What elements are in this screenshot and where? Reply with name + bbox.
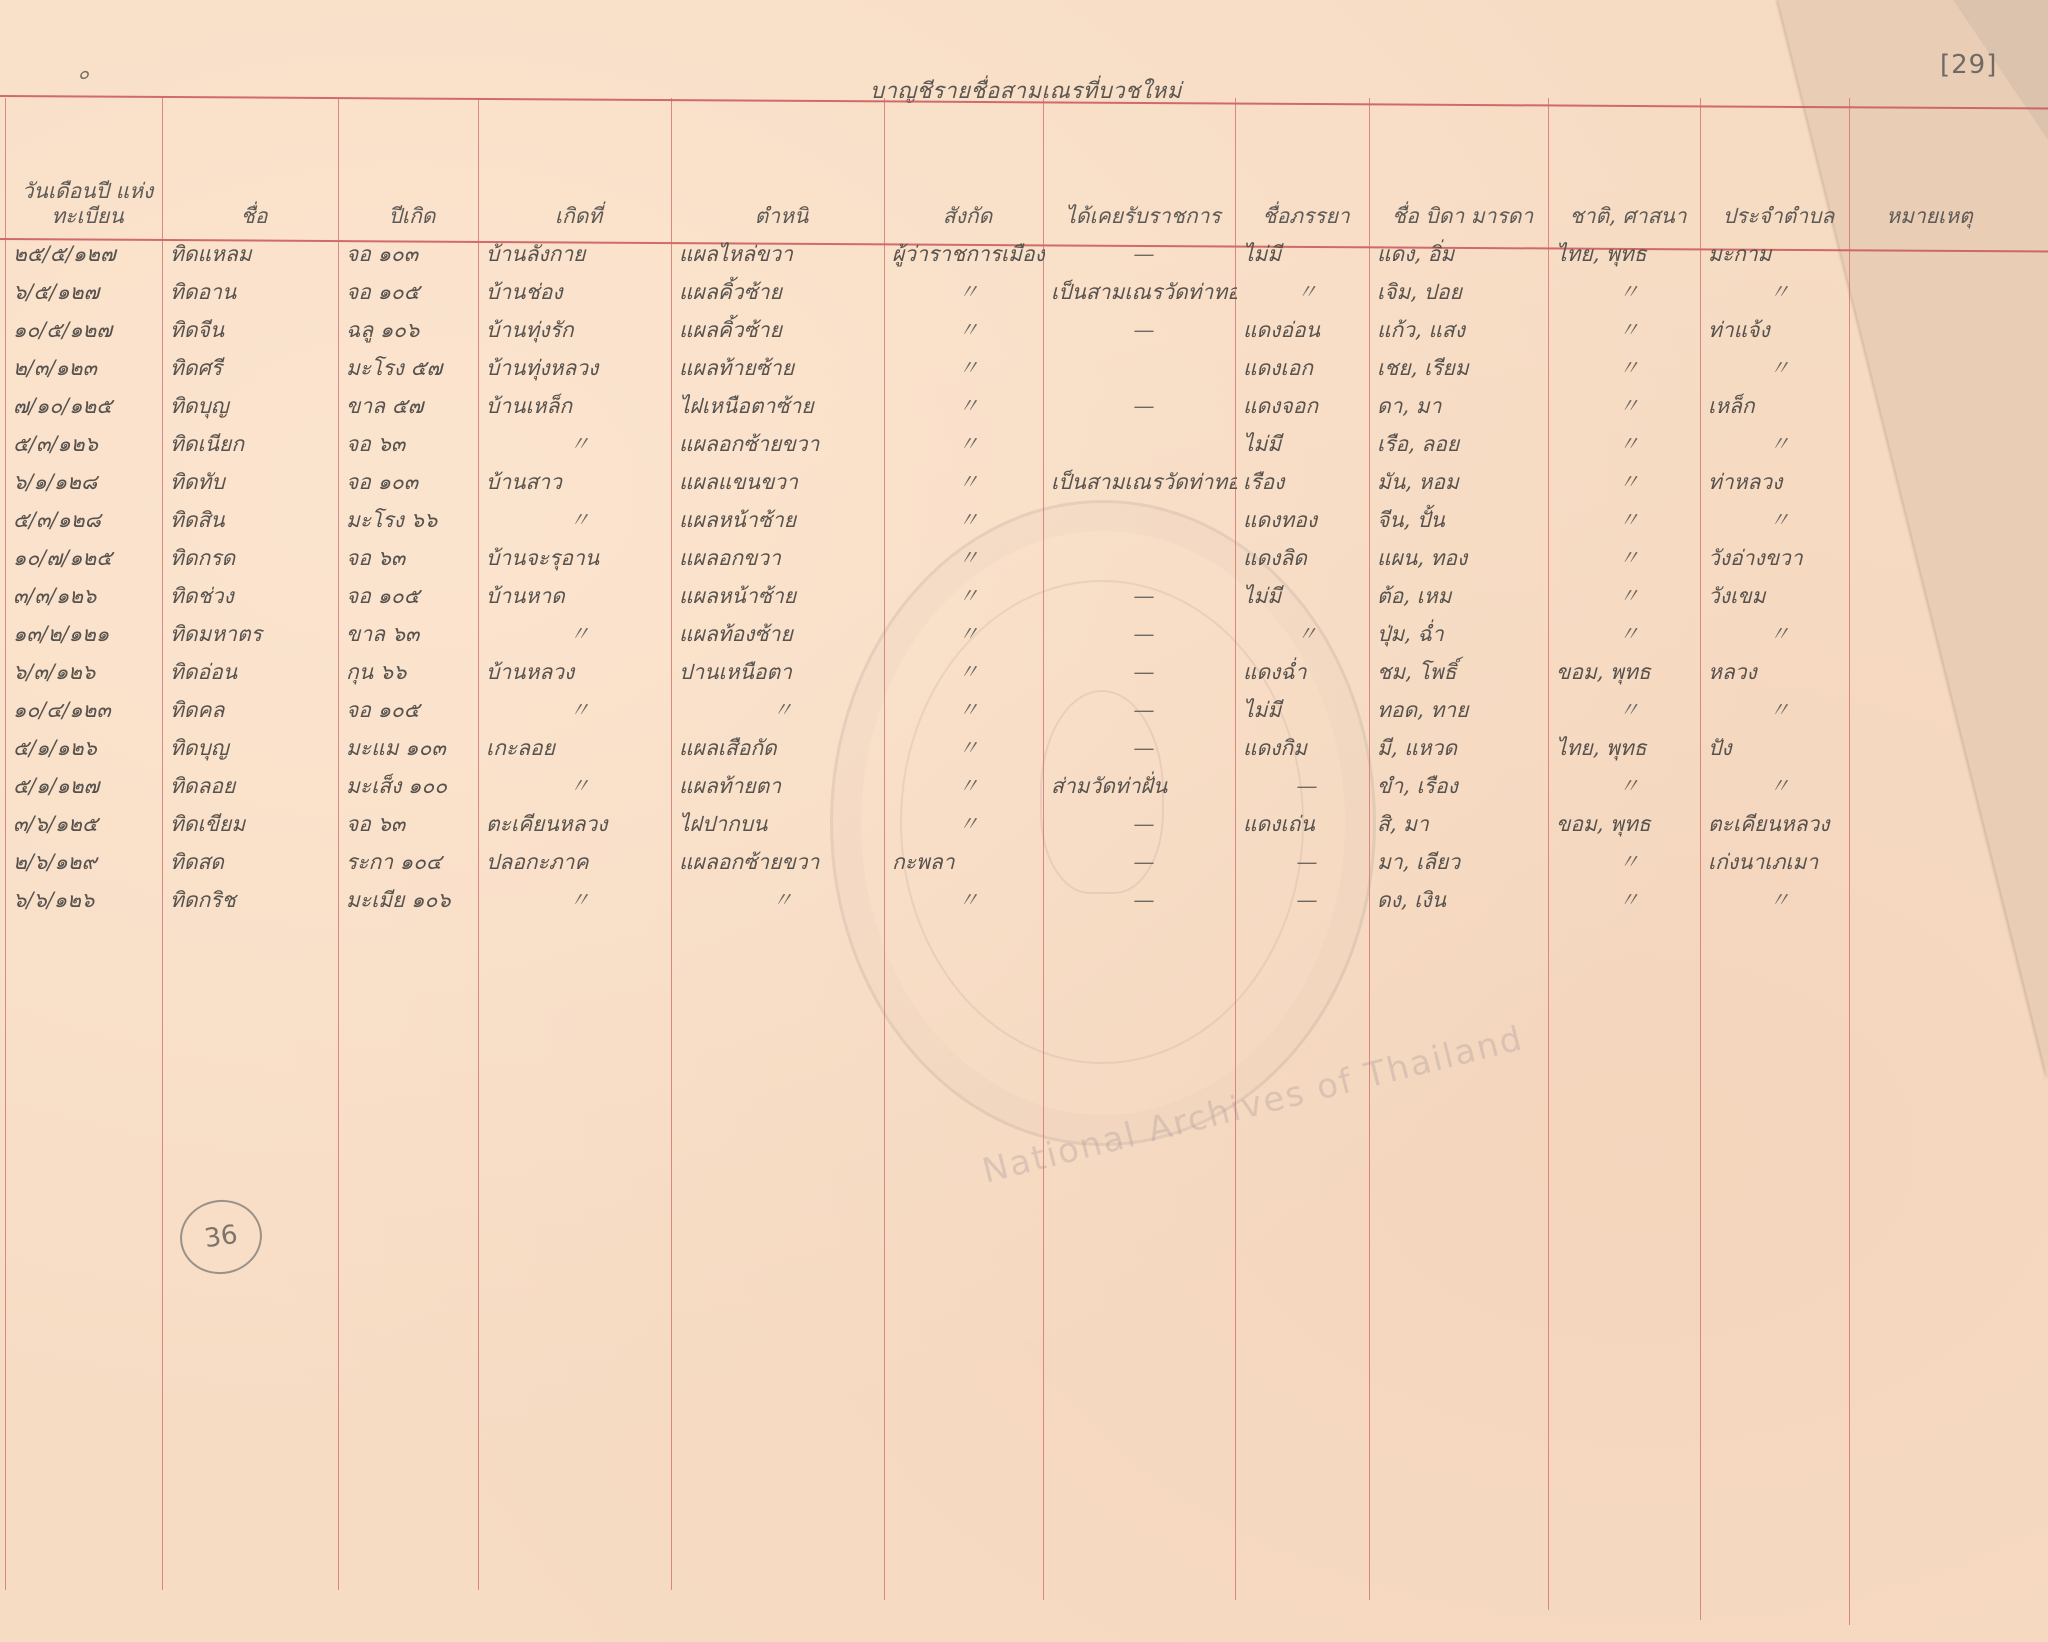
- column-header-birth-year: ปีเกิด: [346, 110, 478, 235]
- cell-district: วังเขม: [1702, 578, 1851, 614]
- cell-marks: แผลท้ายซ้าย: [673, 350, 886, 386]
- cell-affiliation: 〃: [886, 502, 1045, 538]
- cell-date: ๕/๑/๑๒๗: [7, 768, 164, 804]
- cell-service: —: [1045, 692, 1237, 728]
- table-row: ๒/๓/๑๒๓ทิดศรีมะโรง ๕๗บ้านทุ่งหลวงแผลท้าย…: [0, 350, 1860, 386]
- cell-remarks: [1851, 236, 2004, 272]
- cell-affiliation: 〃: [886, 768, 1045, 804]
- cell-service: —: [1045, 616, 1237, 652]
- cell-marks: แผลคิ้วซ้าย: [673, 274, 886, 310]
- cell-service: [1045, 540, 1237, 576]
- cell-parents: จีน, ปั้น: [1371, 502, 1550, 538]
- cell-birthplace: 〃: [480, 768, 673, 804]
- cell-name: ทิดศรี: [164, 350, 340, 386]
- cell-marks: ไฝปากบน: [673, 806, 886, 842]
- cell-parents: มี, แหวด: [1371, 730, 1550, 766]
- cell-affiliation: 〃: [886, 312, 1045, 348]
- cell-date: ๖/๖/๑๒๖: [7, 882, 164, 918]
- cell-birth-year: จอ ๖๓: [340, 806, 480, 842]
- cell-date: ๕/๓/๑๒๘: [7, 502, 164, 538]
- cell-nationality: 〃: [1550, 274, 1702, 310]
- cell-service: เป็นสามเณรวัดท่าทอง: [1045, 464, 1237, 500]
- cell-marks: ไฝเหนือตาซ้าย: [673, 388, 886, 424]
- cell-service: เป็นสามเณรวัดท่าทอง: [1045, 274, 1237, 310]
- table-row: ๓/๓/๑๒๖ทิดช่วงจอ ๑๐๕บ้านหาดแผลหน้าซ้าย〃—…: [0, 578, 1860, 614]
- cell-date: ๒/๓/๑๒๓: [7, 350, 164, 386]
- cell-service: —: [1045, 312, 1237, 348]
- cell-district: 〃: [1702, 502, 1851, 538]
- cell-nationality: ขอม, พุทธ: [1550, 806, 1702, 842]
- cell-birthplace: บ้านทุ่งรัก: [480, 312, 673, 348]
- page-reference: [29]: [1940, 50, 1997, 80]
- cell-marks: ปานเหนือตา: [673, 654, 886, 690]
- table-row: ๖/๖/๑๒๖ทิดกริชมะเมีย ๑๐๖〃〃〃——ดง, เงิน〃〃: [0, 882, 1860, 918]
- cell-district: 〃: [1702, 616, 1851, 652]
- cell-date: ๖/๓/๑๒๖: [7, 654, 164, 690]
- cell-service: ส่ามวัดท่าฝั่น: [1045, 768, 1237, 804]
- table-row: ๕/๓/๑๒๘ทิดสินมะโรง ๖๖〃แผลหน้าซ้าย〃แดงทอง…: [0, 502, 1860, 538]
- cell-wife: —: [1237, 882, 1371, 918]
- cell-remarks: [1851, 464, 2004, 500]
- column-header-marks: ตำหนิ: [679, 110, 884, 235]
- cell-remarks: [1851, 730, 2004, 766]
- cell-birthplace: 〃: [480, 616, 673, 652]
- table-row: ๕/๓/๑๒๖ทิดเนียกจอ ๖๓〃แผลอกซ้ายขวา〃ไม่มีเ…: [0, 426, 1860, 462]
- cell-birth-year: มะเส็ง ๑๐๐: [340, 768, 480, 804]
- cell-nationality: 〃: [1550, 388, 1702, 424]
- cell-wife: แดงลิด: [1237, 540, 1371, 576]
- cell-service: —: [1045, 806, 1237, 842]
- cell-remarks: [1851, 426, 2004, 462]
- cell-wife: ไม่มี: [1237, 426, 1371, 462]
- cell-affiliation: 〃: [886, 882, 1045, 918]
- cell-affiliation: 〃: [886, 730, 1045, 766]
- cell-parents: มา, เลียว: [1371, 844, 1550, 880]
- table-row: ๑๐/๔/๑๒๓ทิดคลจอ ๑๐๕〃〃〃—ไม่มีทอด, ทาย〃〃: [0, 692, 1860, 728]
- cell-wife: 〃: [1237, 274, 1371, 310]
- cell-birth-year: ขาล ๕๗: [340, 388, 480, 424]
- cell-affiliation: 〃: [886, 426, 1045, 462]
- cell-affiliation: 〃: [886, 654, 1045, 690]
- cell-parents: ขำ, เรือง: [1371, 768, 1550, 804]
- cell-wife: —: [1237, 768, 1371, 804]
- cell-birth-year: จอ ๑๐๓: [340, 464, 480, 500]
- cell-service: —: [1045, 844, 1237, 880]
- cell-date: ๑๐/๔/๑๒๓: [7, 692, 164, 728]
- cell-marks: แผลแขนขวา: [673, 464, 886, 500]
- cell-service: —: [1045, 388, 1237, 424]
- corner-mark: ๐: [78, 58, 89, 87]
- cell-birthplace: บ้านลังกาย: [480, 236, 673, 272]
- table-row: ๕/๑/๑๒๖ทิดบุญมะแม ๑๐๓เกะลอยแผลเสือกัด〃—แ…: [0, 730, 1860, 766]
- cell-name: ทิดทับ: [164, 464, 340, 500]
- cell-district: มะกาม: [1702, 236, 1851, 272]
- table-row: ๑๐/๗/๑๒๕ทิดกรดจอ ๖๓บ้านจะรุอานแผลอกขวา〃แ…: [0, 540, 1860, 576]
- cell-date: ๓/๓/๑๒๖: [7, 578, 164, 614]
- column-header-parents: ชื่อ บิดา มารดา: [1377, 110, 1548, 235]
- cell-remarks: [1851, 502, 2004, 538]
- cell-birthplace: เกะลอย: [480, 730, 673, 766]
- cell-name: ทิดสิน: [164, 502, 340, 538]
- cell-marks: 〃: [673, 692, 886, 728]
- cell-date: ๖/๕/๑๒๗: [7, 274, 164, 310]
- cell-birthplace: ปลอกะภาค: [480, 844, 673, 880]
- column-header-affiliation: สังกัด: [892, 110, 1043, 235]
- table-row: ๖/๕/๑๒๗ทิดอานจอ ๑๐๕บ้านช่องแผลคิ้วซ้าย〃เ…: [0, 274, 1860, 310]
- cell-parents: ชม, โพธิ์: [1371, 654, 1550, 690]
- cell-name: ทิดมหาตร: [164, 616, 340, 652]
- cell-name: ทิดช่วง: [164, 578, 340, 614]
- cell-service: —: [1045, 236, 1237, 272]
- cell-marks: แผลท้ายตา: [673, 768, 886, 804]
- table-row: ๗/๑๐/๑๒๕ทิดบุญขาล ๕๗บ้านเหล็กไฝเหนือตาซ้…: [0, 388, 1860, 424]
- cell-name: ทิดจีน: [164, 312, 340, 348]
- cell-name: ทิดสด: [164, 844, 340, 880]
- cell-marks: แผลหน้าซ้าย: [673, 578, 886, 614]
- cell-nationality: ไทย, พุทธ: [1550, 730, 1702, 766]
- cell-date: ๕/๓/๑๒๖: [7, 426, 164, 462]
- cell-service: —: [1045, 578, 1237, 614]
- cell-wife: แดงจอก: [1237, 388, 1371, 424]
- cell-birth-year: จอ ๑๐๕: [340, 578, 480, 614]
- cell-marks: แผลอกซ้ายขวา: [673, 426, 886, 462]
- cell-wife: 〃: [1237, 616, 1371, 652]
- cell-name: ทิดเขียม: [164, 806, 340, 842]
- table-row: ๓/๖/๑๒๕ทิดเขียมจอ ๖๓ตะเคียนหลวงไฝปากบน〃—…: [0, 806, 1860, 842]
- cell-name: ทิดอาน: [164, 274, 340, 310]
- cell-affiliation: 〃: [886, 616, 1045, 652]
- cell-birth-year: ฉลู ๑๐๖: [340, 312, 480, 348]
- cell-remarks: [1851, 692, 2004, 728]
- cell-birthplace: ตะเคียนหลวง: [480, 806, 673, 842]
- cell-district: 〃: [1702, 882, 1851, 918]
- cell-parents: เชย, เรียม: [1371, 350, 1550, 386]
- cell-nationality: 〃: [1550, 540, 1702, 576]
- cell-service: [1045, 426, 1237, 462]
- cell-district: ตะเคียนหลวง: [1702, 806, 1851, 842]
- cell-name: ทิดบุญ: [164, 388, 340, 424]
- cell-birthplace: 〃: [480, 692, 673, 728]
- cell-birth-year: มะแม ๑๐๓: [340, 730, 480, 766]
- cell-birth-year: ขาล ๖๓: [340, 616, 480, 652]
- cell-birth-year: กุน ๖๖: [340, 654, 480, 690]
- cell-parents: ปุ่ม, ฉ่ำ: [1371, 616, 1550, 652]
- cell-name: ทิดลอย: [164, 768, 340, 804]
- cell-district: หลวง: [1702, 654, 1851, 690]
- cell-affiliation: ผู้ว่าราชการเมือง: [886, 236, 1045, 272]
- cell-wife: เรือง: [1237, 464, 1371, 500]
- column-header-nationality: ชาติ, ศาสนา: [1556, 110, 1700, 235]
- cell-parents: ต้อ, เหม: [1371, 578, 1550, 614]
- cell-nationality: 〃: [1550, 350, 1702, 386]
- cell-district: วังอ่างขวา: [1702, 540, 1851, 576]
- circled-folio-number: 36: [175, 1195, 267, 1280]
- cell-birth-year: ระกา ๑๐๔: [340, 844, 480, 880]
- cell-parents: แดง, อิ่ม: [1371, 236, 1550, 272]
- cell-birthplace: บ้านช่อง: [480, 274, 673, 310]
- cell-remarks: [1851, 350, 2004, 386]
- cell-date: ๕/๑/๑๒๖: [7, 730, 164, 766]
- cell-birth-year: จอ ๖๓: [340, 426, 480, 462]
- cell-date: ๗/๑๐/๑๒๕: [7, 388, 164, 424]
- cell-service: —: [1045, 882, 1237, 918]
- cell-wife: ไม่มี: [1237, 692, 1371, 728]
- cell-remarks: [1851, 844, 2004, 880]
- cell-name: ทิดอ่อน: [164, 654, 340, 690]
- cell-wife: แดงอ่อน: [1237, 312, 1371, 348]
- cell-date: ๑๐/๗/๑๒๕: [7, 540, 164, 576]
- cell-birth-year: มะโรง ๖๖: [340, 502, 480, 538]
- cell-nationality: 〃: [1550, 616, 1702, 652]
- cell-district: เก่งนาเภเมา: [1702, 844, 1851, 880]
- cell-nationality: 〃: [1550, 464, 1702, 500]
- cell-district: ท่าแจ้ง: [1702, 312, 1851, 348]
- cell-wife: แดงเอก: [1237, 350, 1371, 386]
- column-header-name: ชื่อ: [170, 110, 338, 235]
- cell-name: ทิดคล: [164, 692, 340, 728]
- cell-birthplace: บ้านทุ่งหลวง: [480, 350, 673, 386]
- cell-marks: แผลอกซ้ายขวา: [673, 844, 886, 880]
- cell-nationality: 〃: [1550, 768, 1702, 804]
- column-header-birthplace: เกิดที่: [486, 110, 671, 235]
- cell-remarks: [1851, 540, 2004, 576]
- cell-date: ๑๐/๕/๑๒๗: [7, 312, 164, 348]
- cell-service: —: [1045, 654, 1237, 690]
- cell-birthplace: บ้านเหล็ก: [480, 388, 673, 424]
- cell-wife: ไม่มี: [1237, 236, 1371, 272]
- cell-name: ทิดแหลม: [164, 236, 340, 272]
- cell-affiliation: 〃: [886, 578, 1045, 614]
- cell-affiliation: 〃: [886, 464, 1045, 500]
- cell-affiliation: 〃: [886, 388, 1045, 424]
- cell-remarks: [1851, 616, 2004, 652]
- cell-district: 〃: [1702, 274, 1851, 310]
- cell-birth-year: มะโรง ๕๗: [340, 350, 480, 386]
- table-row: ๕/๑/๑๒๗ทิดลอยมะเส็ง ๑๐๐〃แผลท้ายตา〃ส่ามวั…: [0, 768, 1860, 804]
- cell-marks: 〃: [673, 882, 886, 918]
- cell-parents: เจิม, ปอย: [1371, 274, 1550, 310]
- cell-remarks: [1851, 882, 2004, 918]
- cell-birth-year: จอ ๑๐๕: [340, 692, 480, 728]
- cell-remarks: [1851, 654, 2004, 690]
- column-header-service: ได้เคยรับราชการ: [1051, 110, 1235, 235]
- table-row: ๖/๓/๑๒๖ทิดอ่อนกุน ๖๖บ้านหลวงปานเหนือตา〃—…: [0, 654, 1860, 690]
- cell-remarks: [1851, 806, 2004, 842]
- cell-nationality: 〃: [1550, 882, 1702, 918]
- cell-birth-year: มะเมีย ๑๐๖: [340, 882, 480, 918]
- cell-district: 〃: [1702, 350, 1851, 386]
- cell-nationality: 〃: [1550, 578, 1702, 614]
- cell-district: ท่าหลวง: [1702, 464, 1851, 500]
- cell-remarks: [1851, 578, 2004, 614]
- cell-affiliation: 〃: [886, 806, 1045, 842]
- cell-parents: มัน, หอม: [1371, 464, 1550, 500]
- cell-birthplace: บ้านหาด: [480, 578, 673, 614]
- cell-affiliation: กะพลา: [886, 844, 1045, 880]
- cell-affiliation: 〃: [886, 540, 1045, 576]
- cell-marks: แผลอกขวา: [673, 540, 886, 576]
- cell-wife: แดงเถ่น: [1237, 806, 1371, 842]
- cell-name: ทิดกรด: [164, 540, 340, 576]
- cell-name: ทิดกริช: [164, 882, 340, 918]
- column-header-district: ประจำตำบล: [1708, 110, 1849, 235]
- cell-parents: สิ, มา: [1371, 806, 1550, 842]
- cell-marks: แผลหน้าซ้าย: [673, 502, 886, 538]
- cell-service: —: [1045, 730, 1237, 766]
- cell-birthplace: 〃: [480, 426, 673, 462]
- cell-date: ๑๓/๒/๑๒๑: [7, 616, 164, 652]
- cell-nationality: 〃: [1550, 502, 1702, 538]
- column-header-date: วันเดือนปี แห่งทะเบียน: [13, 110, 162, 235]
- cell-birthplace: บ้านจะรุอาน: [480, 540, 673, 576]
- cell-birthplace: 〃: [480, 882, 673, 918]
- cell-nationality: 〃: [1550, 844, 1702, 880]
- cell-parents: ดง, เงิน: [1371, 882, 1550, 918]
- cell-marks: แผลไหล่ขวา: [673, 236, 886, 272]
- cell-remarks: [1851, 388, 2004, 424]
- cell-wife: ไม่มี: [1237, 578, 1371, 614]
- cell-remarks: [1851, 274, 2004, 310]
- cell-birthplace: บ้านหลวง: [480, 654, 673, 690]
- cell-remarks: [1851, 312, 2004, 348]
- cell-parents: แก้ว, แสง: [1371, 312, 1550, 348]
- cell-date: ๖/๑/๑๒๘: [7, 464, 164, 500]
- cell-name: ทิดเนียก: [164, 426, 340, 462]
- cell-district: 〃: [1702, 768, 1851, 804]
- cell-nationality: 〃: [1550, 692, 1702, 728]
- column-header-wife: ชื่อภรรยา: [1243, 110, 1369, 235]
- cell-district: ปัง: [1702, 730, 1851, 766]
- cell-wife: แดงฉ่ำ: [1237, 654, 1371, 690]
- table-row: ๑๐/๕/๑๒๗ทิดจีนฉลู ๑๐๖บ้านทุ่งรักแผลคิ้วซ…: [0, 312, 1860, 348]
- table-row: ๖/๑/๑๒๘ทิดทับจอ ๑๐๓บ้านสาวแผลแขนขวา〃เป็น…: [0, 464, 1860, 500]
- cell-nationality: 〃: [1550, 426, 1702, 462]
- cell-parents: เรือ, ลอย: [1371, 426, 1550, 462]
- cell-district: 〃: [1702, 426, 1851, 462]
- cell-district: 〃: [1702, 692, 1851, 728]
- cell-nationality: 〃: [1550, 312, 1702, 348]
- cell-service: [1045, 502, 1237, 538]
- cell-parents: ทอด, ทาย: [1371, 692, 1550, 728]
- cell-wife: แดงกิม: [1237, 730, 1371, 766]
- cell-wife: —: [1237, 844, 1371, 880]
- cell-district: เหล็ก: [1702, 388, 1851, 424]
- cell-parents: แผน, ทอง: [1371, 540, 1550, 576]
- cell-marks: แผลคิ้วซ้าย: [673, 312, 886, 348]
- cell-service: [1045, 350, 1237, 386]
- cell-birthplace: 〃: [480, 502, 673, 538]
- cell-birth-year: จอ ๑๐๓: [340, 236, 480, 272]
- cell-date: ๒/๖/๑๒๙: [7, 844, 164, 880]
- cell-nationality: ขอม, พุทธ: [1550, 654, 1702, 690]
- cell-birth-year: จอ ๖๓: [340, 540, 480, 576]
- cell-marks: แผลท้องซ้าย: [673, 616, 886, 652]
- cell-marks: แผลเสือกัด: [673, 730, 886, 766]
- table-row: ๑๓/๒/๑๒๑ทิดมหาตรขาล ๖๓〃แผลท้องซ้าย〃—〃ปุ่…: [0, 616, 1860, 652]
- column-header-remarks: หมายเหตุ: [1857, 110, 2002, 235]
- cell-birthplace: บ้านสาว: [480, 464, 673, 500]
- cell-birth-year: จอ ๑๐๕: [340, 274, 480, 310]
- table-row: ๒/๖/๑๒๙ทิดสดระกา ๑๐๔ปลอกะภาคแผลอกซ้ายขวา…: [0, 844, 1860, 880]
- cell-affiliation: 〃: [886, 692, 1045, 728]
- cell-affiliation: 〃: [886, 350, 1045, 386]
- cell-nationality: ไทย, พุทธ: [1550, 236, 1702, 272]
- cell-date: ๓/๖/๑๒๕: [7, 806, 164, 842]
- cell-affiliation: 〃: [886, 274, 1045, 310]
- cell-name: ทิดบุญ: [164, 730, 340, 766]
- cell-wife: แดงทอง: [1237, 502, 1371, 538]
- table-row: ๒๕/๕/๑๒๗ทิดแหลมจอ ๑๐๓บ้านลังกายแผลไหล่ขว…: [0, 236, 1860, 272]
- cell-remarks: [1851, 768, 2004, 804]
- cell-date: ๒๕/๕/๑๒๗: [7, 236, 164, 272]
- cell-parents: ดา, มา: [1371, 388, 1550, 424]
